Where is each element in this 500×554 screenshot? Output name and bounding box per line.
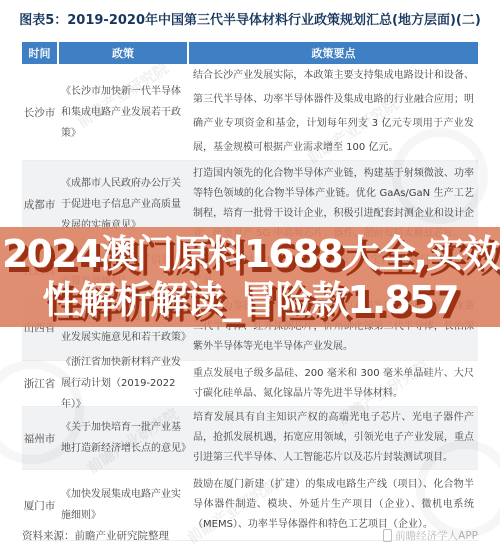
ad-overlay-banner[interactable]: 2024澳门原料1688大全,实效 性解析解读_冒险款1.857 <box>0 227 500 327</box>
time-cell: 长沙市 <box>22 64 57 160</box>
table-row: 福州市 《关于加快培育一批产业基地打造新经济增长点的意见》 培育发展具有自主知识… <box>22 407 478 470</box>
col-header-points: 政策要点 <box>189 42 478 64</box>
report-figure-page: 前瞻产业研究院 前瞻产业研究院 前瞻产业研究院 前瞻产业研究院 前瞻产业研究院 … <box>0 0 500 554</box>
ad-overlay-text-line2: 性解析解读_冒险款1.857 <box>42 277 457 323</box>
col-header-policy: 政策 <box>59 42 189 64</box>
policy-cell: 《关于加快培育一批产业基地打造新经济增长点的意见》 <box>57 407 191 469</box>
table-row: 浙江省 《浙江省加快新材料产业发展行动计划（2019-2022 年）》 重点发展… <box>22 361 478 407</box>
figure-title: 图表5：2019-2020年中国第三代半导体材料行业政策规划汇总(地方层面)(二… <box>0 9 500 28</box>
phone-icon <box>383 529 392 542</box>
points-cell: 结合长沙产业发展实际，本政策主要支持集成电路设计和设备、第三代半导体、功率半导体… <box>191 64 478 160</box>
policy-cell: 《长沙市加快新一代半导体和集成电路产业发展若干政策》 <box>57 64 191 160</box>
points-cell: 培育发展具有自主知识产权的高端光电子芯片、光电子器件产品，抢抓发展机遇，拓宽应用… <box>191 407 478 469</box>
time-cell: 福州市 <box>22 407 57 469</box>
table-header-row: 时间 政策 政策要点 <box>22 42 478 64</box>
points-cell: 重点发展电子级多晶硅、200 毫米和 300 毫米单晶硅片、大尺寸碳化硅单晶、氮… <box>191 361 478 406</box>
policy-cell: 《浙江省加快新材料产业发展行动计划（2019-2022 年）》 <box>57 361 191 406</box>
col-header-time: 时间 <box>22 42 59 64</box>
figure-footer: 资料来源：前瞻产业研究院整理 前瞻经济学人APP <box>22 528 478 543</box>
table-row: 长沙市 《长沙市加快新一代半导体和集成电路产业发展若干政策》 结合长沙产业发展实… <box>22 64 478 161</box>
data-source-note: 资料来源：前瞻产业研究院整理 <box>22 528 169 543</box>
ad-overlay-text-line1: 2024澳门原料1688大全,实效 <box>2 231 498 277</box>
brand-label: 前瞻经济学人APP <box>395 528 478 543</box>
brand-note: 前瞻经济学人APP <box>383 528 478 543</box>
time-cell: 浙江省 <box>22 361 57 406</box>
